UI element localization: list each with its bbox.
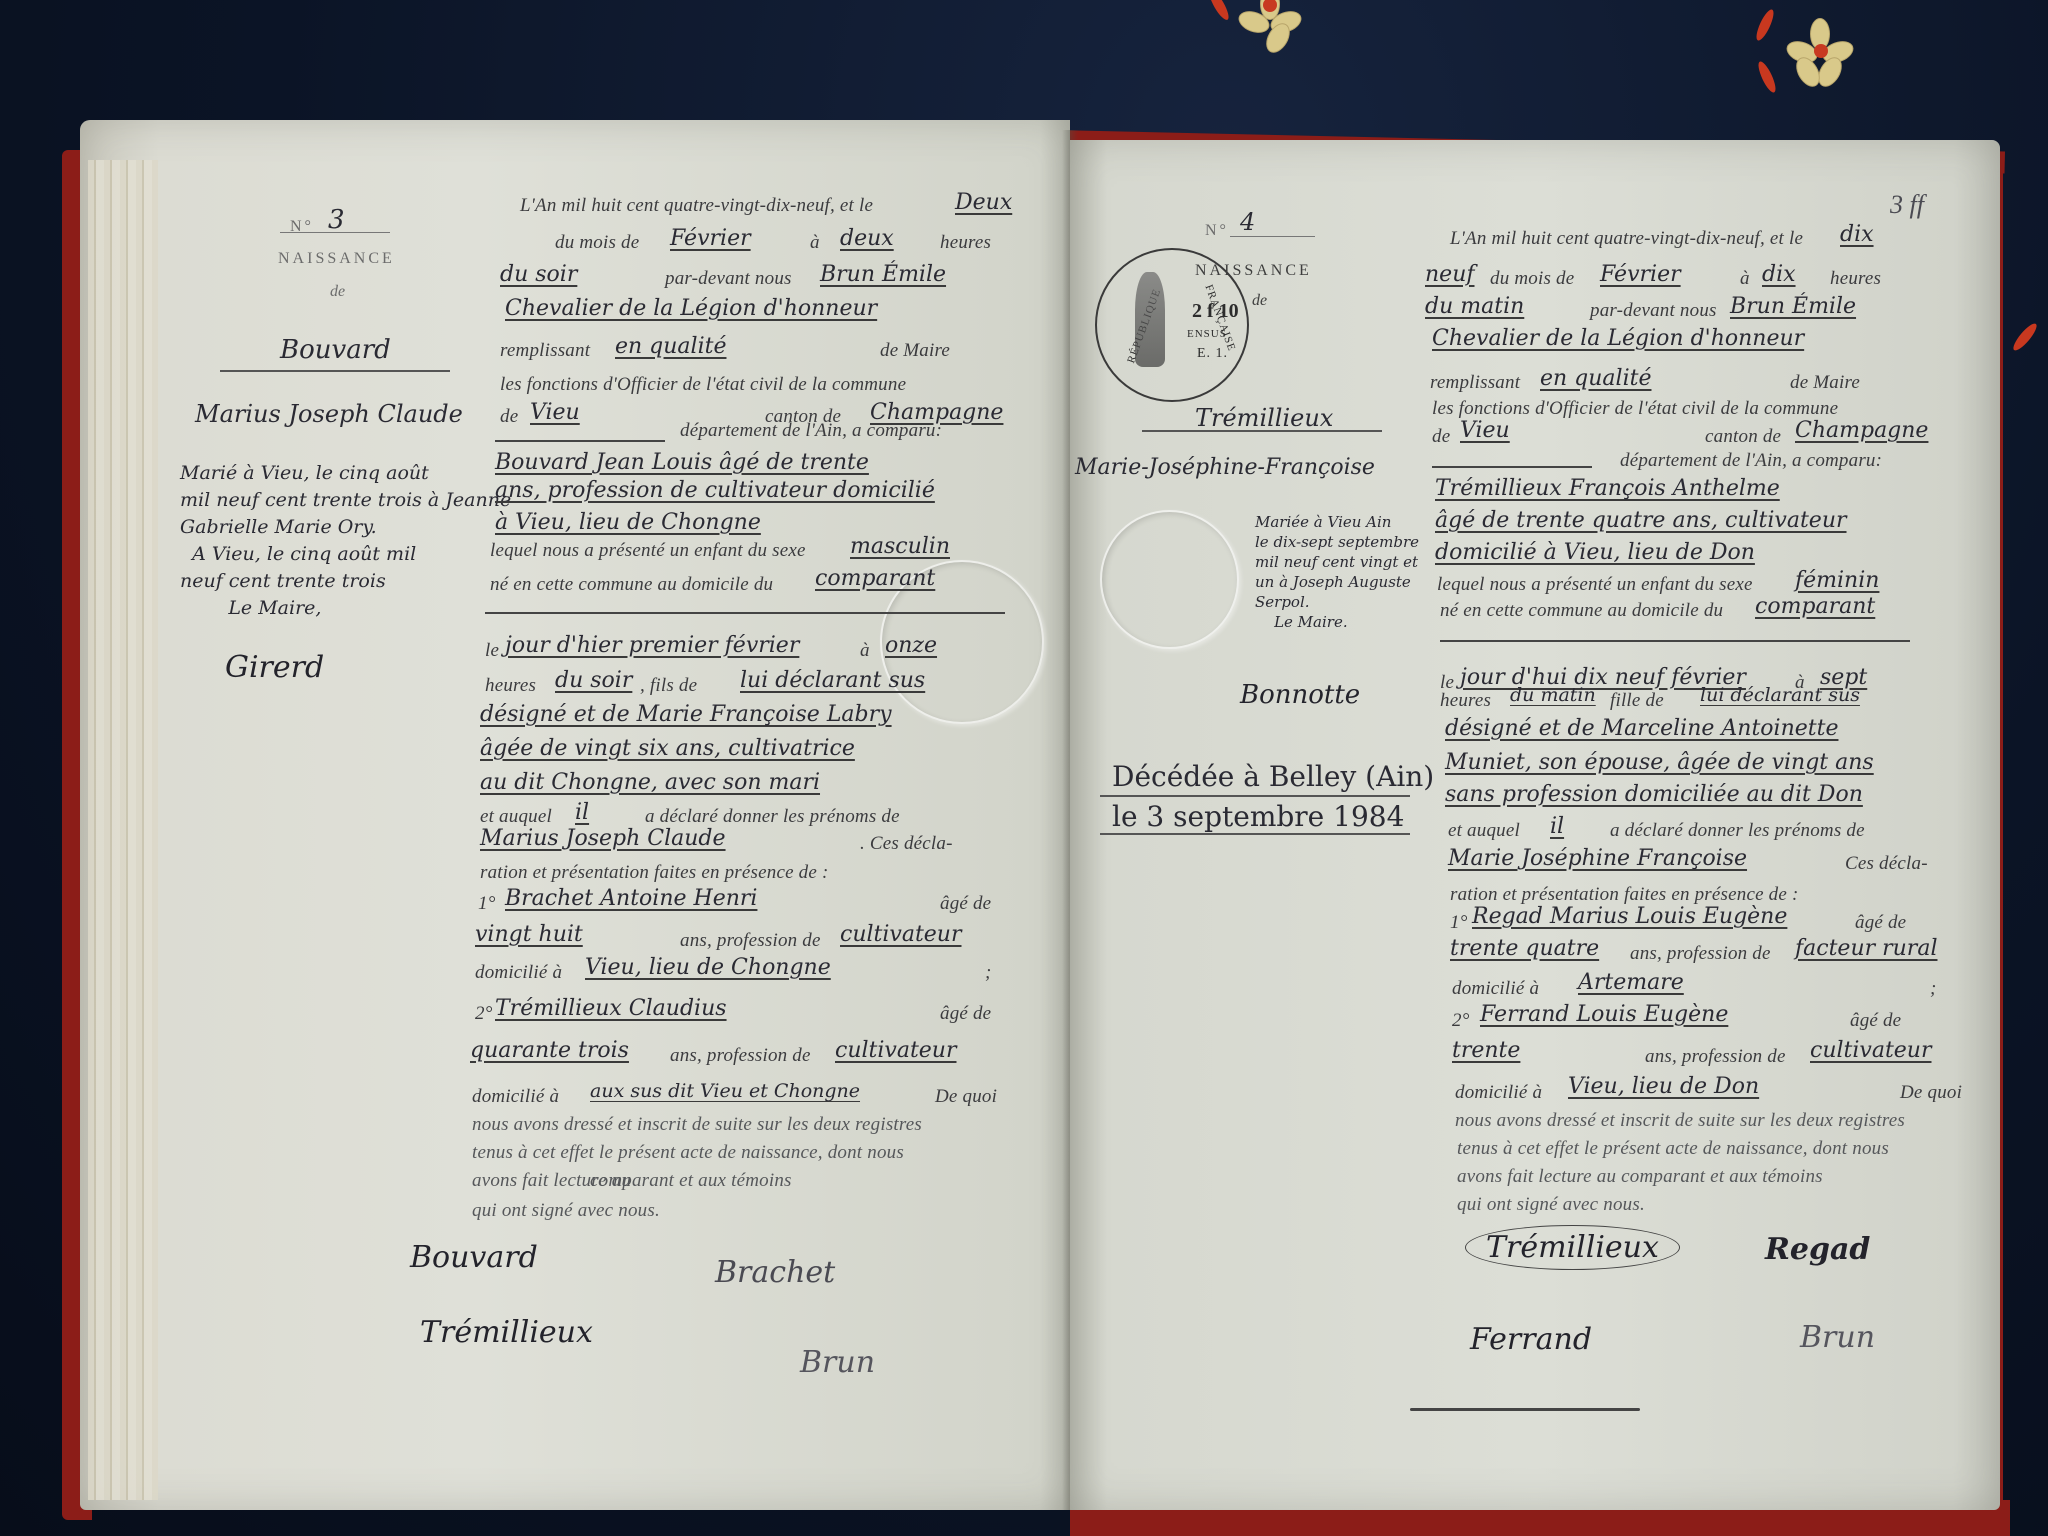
child-surname: Bouvard [280, 335, 391, 365]
act-heading-de: de [1252, 292, 1267, 310]
marriage-margin-note: Mariée à Vieu Ain le dix-sept septembre … [1255, 512, 1419, 632]
act-heading: NAISSANCE [278, 250, 395, 268]
page-edges [88, 160, 158, 1500]
child-given-names: Marius Joseph Claude [195, 400, 463, 428]
signature-witness-2: Ferrand [1470, 1322, 1592, 1357]
act-heading: NAISSANCE [1195, 262, 1312, 280]
signature-witness-1: Regad [1765, 1232, 1870, 1267]
folio-number: 3 ff [1890, 190, 1924, 220]
child-surname: Trémillieux [1195, 404, 1333, 432]
margin-signature: Girerd [225, 650, 324, 685]
act-number-label: N° [1205, 222, 1229, 240]
death-annotation-line2: le 3 septembre 1984 [1112, 800, 1404, 833]
marianne-figure-icon [1135, 272, 1165, 367]
death-annotation-line1: Décédée à Belley (Ain) [1112, 760, 1434, 793]
act-heading-de: de [330, 283, 345, 301]
signature-father: Trémillieux [1465, 1225, 1680, 1270]
act-number-label: N° [290, 218, 314, 236]
embossed-seal [1100, 510, 1239, 649]
margin-signature: Bonnotte [1240, 680, 1360, 710]
act-number: 3 [328, 205, 345, 235]
signature-witness-1: Brachet [715, 1255, 835, 1290]
marriage-margin-note: Marié à Vieu, le cinq août mil neuf cent… [180, 460, 511, 622]
signature-witness-2: Trémillieux [420, 1315, 593, 1350]
signature-mayor: Brun [800, 1345, 875, 1380]
act-number: 4 [1240, 208, 1255, 236]
child-given-names: Marie-Joséphine-Françoise [1075, 455, 1375, 480]
signature-father: Bouvard [410, 1240, 538, 1275]
signature-mayor: Brun [1800, 1320, 1875, 1355]
flourish [1410, 1408, 1640, 1411]
